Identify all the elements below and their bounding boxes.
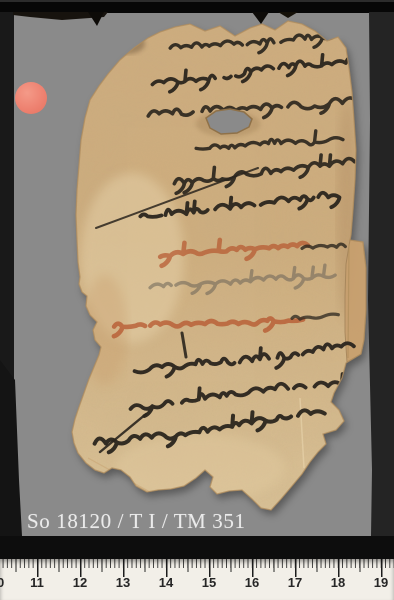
ruler-number: 14 [159, 575, 173, 590]
ruler-number: 10 [0, 575, 4, 590]
ruler-number: 16 [245, 575, 259, 590]
ruler-number: 17 [288, 575, 302, 590]
ruler-numbers: 10111213141516171819 [0, 559, 394, 600]
ruler: 10111213141516171819 [0, 559, 394, 600]
ruler-number: 19 [374, 575, 388, 590]
manuscript-photo: So 18120 / T I / TM 351 1011121314151617… [0, 0, 394, 600]
ruler-number: 12 [73, 575, 87, 590]
shelfmark-label: So 18120 / T I / TM 351 [27, 509, 246, 534]
frame-right [368, 12, 394, 536]
fragment-surface [60, 10, 370, 530]
frame-left-lower [0, 360, 22, 536]
red-sticker-dot [15, 82, 47, 114]
ruler-number: 13 [116, 575, 130, 590]
frame-bottom [0, 536, 394, 561]
ruler-number: 15 [202, 575, 216, 590]
ruler-number: 11 [30, 575, 44, 590]
ruler-number: 18 [331, 575, 345, 590]
